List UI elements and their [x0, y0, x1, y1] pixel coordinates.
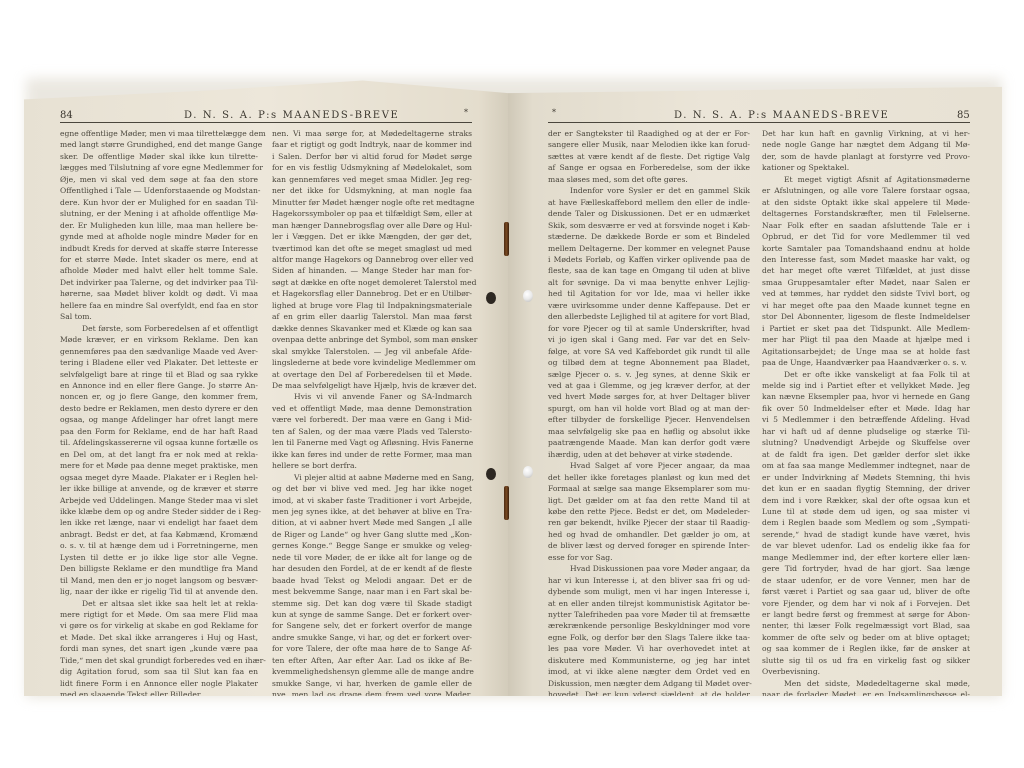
text-line: slutte sig til os ud fra en virkelig fas…: [762, 655, 970, 666]
text-line: vi 5 Medlemmer i den betræffende Afdelin…: [762, 414, 970, 425]
text-line: Diskussion, men nægter dem Adgang til Mø…: [548, 678, 750, 689]
text-line: i Salen. Derfor bør vi altid forud for M…: [272, 151, 472, 162]
text-line: tering i Bladene eller ved Plakater. Det…: [60, 357, 258, 368]
text-line: være uvirksomme under denne Kaffepause. …: [548, 300, 750, 311]
text-line: at de faldt fra igen. Det gælder derfor …: [762, 449, 970, 460]
text-column: nen. Vi maa sørge for, at Mødedeltagerne…: [272, 128, 472, 696]
text-line: vi gøre os for virkelig at skabe en god …: [60, 620, 258, 631]
text-line: hellere se bort derfra.: [272, 460, 472, 471]
text-line: ler ikke billige at anvende, og de kræve…: [60, 483, 258, 494]
text-line: dem ind i vore Rækker, skal der ofte ogs…: [762, 495, 970, 506]
text-line: der, som de havde planlagt at forstyrre …: [762, 151, 970, 162]
text-line: faar et rigtigt og godt Indtryk, naar de…: [272, 139, 472, 150]
text-line: der er Sangtekster til Raadighed og at d…: [548, 128, 750, 139]
text-line: sangere eller Musik, naar Melodien ikke …: [548, 139, 750, 150]
text-line: den Interesse fast, som Mødet maaske har…: [762, 254, 970, 265]
text-line: Det har kun haft en gavnlig Virkning, at…: [762, 128, 970, 139]
text-line: Det er altsaa slet ikke saa helt let at …: [60, 598, 258, 609]
text-line: slutning? Unødvendigt Arbejde og Skuffel…: [762, 437, 970, 448]
text-line: sker. De offentlige Møder skal ikke kun …: [60, 151, 258, 162]
text-line: hovedet. Det er kun yderst sjældent, at …: [548, 689, 750, 696]
text-line: imod, at vi skaber faste Traditioner i v…: [272, 495, 472, 506]
text-line: hed til Agitation for vor Ide, maa vi he…: [548, 288, 750, 299]
text-line: med langt større Grundighed, end det man…: [60, 139, 258, 150]
text-line: spurgt, om han vil holde vort Blad og at…: [548, 403, 750, 414]
text-line: serende,“ hvad de stadigt kunde have vær…: [762, 529, 970, 540]
text-line: Lysten til dette er jo ikke lige stor al…: [60, 552, 258, 563]
text-line: vi jo igen skal i Gang med. Før var det …: [548, 334, 750, 345]
text-line: følge, at vore SA ved Kaffebordet gik ru…: [548, 346, 750, 357]
text-line: for vore Talere, der ofte maa høre de to…: [272, 643, 472, 654]
text-line: dition, at vi aabner hvert Møde med Sang…: [272, 517, 472, 528]
text-line: fik over 50 Indmeldelser efter et Møde. …: [762, 403, 970, 414]
text-line: Hvad Salget af vore Pjecer angaar, da ma…: [548, 460, 750, 471]
text-line: fleste, saa de kan tage en Omgang til ud…: [548, 265, 750, 276]
text-line: maa selvfølgelig ske paa en høflig og ab…: [548, 426, 750, 437]
text-line: nenter, thi læser Folk regelmæssigt vort…: [762, 620, 970, 631]
text-line: kationer og Spektakel.: [762, 162, 970, 173]
text-line: ren gør bekendt, hvilke Pjecer der staar…: [548, 517, 750, 528]
text-line: nen. Vi maa sørge for, at Mødedeltagerne…: [272, 128, 472, 139]
text-line: kan gennemføres ved meget smaa Midler. J…: [272, 174, 472, 185]
text-line: dende Taler og Diskussionen. Det er en u…: [548, 208, 750, 219]
text-column: egne offentlige Møder, men vi maa tilret…: [60, 128, 258, 696]
text-line: melde sig ind i Partiet efter et vellykk…: [762, 380, 970, 391]
text-line: af Sange er ogsaa en Forberedelse, som d…: [548, 162, 750, 173]
text-line: ved et offentligt Møde, maa denne Demons…: [272, 403, 472, 414]
text-line: der. Er Muligheden kun lille, maa man he…: [60, 220, 258, 231]
text-line: vore Fjender, og dem har vi nok af i For…: [762, 598, 970, 609]
text-line: gynde med at afholde nogle mindre Møder …: [60, 231, 258, 242]
text-line: hørerne, saa Mødet bliver koldt og dødt.…: [60, 288, 258, 299]
text-line: Det indvirker paa Talerne, og det indvir…: [60, 277, 258, 288]
text-line: Arbejde ved Uddelingen. Mange Steder maa…: [60, 495, 258, 506]
text-line: paa de Unge, Haandværker paa Haandværker…: [762, 357, 970, 368]
text-line: den allerbedste Lejlighed til at agitere…: [548, 311, 750, 322]
text-line: stæderne. De dækkede Borde er som et Bin…: [548, 231, 750, 242]
text-line: paatrængende Maade. Man kan derfor godt …: [548, 437, 750, 448]
text-line: selvfølgeligt bare at ringe til et Blad …: [60, 369, 258, 380]
text-line: hellere faa en mindre Sal overfyldt, end…: [60, 300, 258, 311]
text-line: ogsaa, og mange Afdelinger har ofret lan…: [60, 414, 258, 425]
text-line: Indenfor vore Sysler er det en gammel Sk…: [548, 185, 750, 196]
text-line: lighed at bruge vore Flag til Indpakning…: [272, 300, 472, 311]
text-line: købe den rette Pjece. Bedst er det, om M…: [548, 506, 750, 517]
text-line: sælge Pjecer o. s. v. Jeg synes, at denn…: [548, 369, 750, 380]
text-line: len ikke ret længe, naar vi endeligt har…: [60, 517, 258, 528]
text-line: til Mand, men den er jo noget langsom og…: [60, 575, 258, 586]
text-line: et Møde. Det skal ikke arrangeres i Huj …: [60, 632, 258, 643]
header-rule: [60, 122, 472, 123]
text-line: om at faa saa mange Medlemmer indtegnet,…: [762, 460, 970, 471]
text-column: der er Sangtekster til Raadighed og at d…: [548, 128, 750, 696]
text-line: dig Agitation forud, som saa til Slut ka…: [60, 666, 258, 677]
header-mark: *: [552, 108, 558, 117]
text-line: sættes at være kendt af de fleste. Det r…: [548, 151, 750, 162]
text-line: de var blevet udenfor. Lad os endelig ik…: [762, 540, 970, 551]
text-line: dække dennes Skavanker med et Klæde og k…: [272, 323, 472, 334]
text-line: alt for søvnige. Da vi maa benytte enhve…: [548, 277, 750, 288]
text-line: Siden af hinanden. — Mange Steder har ma…: [272, 265, 472, 276]
text-line: nede nogle Gange har nægtet dem Adgang t…: [762, 139, 970, 150]
text-line: kun at synge de samme Sange. Det er fork…: [272, 609, 472, 620]
running-title: D. N. S. A. P:s MAANEDS-BREVE: [184, 110, 399, 121]
text-line: det har meget ofte været Tilfældet, at j…: [762, 265, 970, 276]
text-line: at en eller anden tilrejst kommunistisk …: [548, 598, 750, 609]
punch-hole: [523, 466, 533, 478]
text-line: er under Indvirkning af Mødets Stemning,…: [762, 472, 970, 483]
text-line: at overtage den Del af Forberedelsen til…: [272, 369, 472, 380]
text-line: Naar Folk efter en saadan afsluttende Ta…: [762, 220, 970, 231]
text-line: mest bekvemme Sange, naar man i en Fart …: [272, 586, 472, 597]
text-line: ikke kan føres ind under de rette Former…: [272, 449, 472, 460]
text-line: o. s. v. til at hænge dem ud i Forretnin…: [60, 540, 258, 551]
text-line: ten af Salen, og der maa være Plads ved …: [272, 426, 472, 437]
text-line: af en grim eller daarlig Talerstol. Man …: [272, 311, 472, 322]
right-page: * D. N. S. A. P:s MAANEDS-BREVE 85 der e…: [508, 68, 1002, 696]
text-line: de Riger og Lande“ og hver Gang slutte m…: [272, 529, 472, 540]
text-line: andre smukke Sange, vi har, og det er fo…: [272, 632, 472, 643]
text-line: Det første, som Forberedelsen af et offe…: [60, 323, 258, 334]
text-line: ærekrænkende personlige Beskyldninger mo…: [548, 620, 750, 631]
text-line: ihærdig, uden at det behøver at virke st…: [548, 449, 750, 460]
text-line: men jeg synes ikke, at det behøver at bl…: [272, 506, 472, 517]
text-line: ler i Væggen. Det er ikke Mængden, der g…: [272, 231, 472, 242]
punch-hole: [523, 290, 533, 302]
text-line: en Annonce ind en eller flere Gange. Jo …: [60, 380, 258, 391]
header-mark: *: [464, 108, 470, 117]
text-line: Minutter før Mødet hænger nogle ofte ret…: [272, 197, 472, 208]
text-line: ved at tømmes, har ryddet den sidste Tvi…: [762, 288, 970, 299]
text-line: ovenpaa dette anbringe det Symbol, som m…: [272, 334, 472, 345]
text-line: Hvis vi vil anvende Faner og SA-Indmarch: [272, 391, 472, 402]
text-line: esse for vor Sag.: [548, 552, 750, 563]
text-line: at have Fælleskaffebord mellem den eller…: [548, 197, 750, 208]
text-line: les paa vore Møder. Vi har overhovedet i…: [548, 643, 750, 654]
text-line: og saa kommer de i Reglen ikke, før de ø…: [762, 643, 970, 654]
text-line: for Sangene selv, det er forkert overfor…: [272, 620, 472, 631]
text-line: mellem Deltagerne. Der kommer en velegne…: [548, 243, 750, 254]
text-line: tværtimod kan det ofte se meget smagløst…: [272, 243, 472, 254]
text-line: Sal tom.: [60, 311, 258, 322]
text-line: noncen er, og jo flere Gange, den kommer…: [60, 391, 258, 402]
text-line: med en slaaende Tekst eller Billeder.: [60, 689, 258, 696]
text-line: egne offentlige Møder, men vi maa tilret…: [60, 128, 258, 139]
text-line: kan nævne Eksempler paa, hvor vi hernede…: [762, 391, 970, 402]
text-line: baade hvad Tekst og Melodi angaar. Det e…: [272, 575, 472, 586]
text-line: altfor mange Hagekors og Dannebrog over …: [272, 254, 472, 265]
text-line: naar de forlader Mødet, er en Indsamling…: [762, 689, 970, 696]
text-line: være vel forberedt. Der maa være en Gang…: [272, 414, 472, 425]
text-line: Møde kræver, er en virksom Reklame. Den …: [60, 334, 258, 345]
text-line: det heller ikke foretages planløst og ku…: [548, 472, 750, 483]
text-line: ner det ikke for Udsmykning, at man nogl…: [272, 185, 472, 196]
text-line: egne Folk, og derfor bør den Slags Taler…: [548, 632, 750, 643]
text-line: Tide,“ men det skal grundigt forberedes …: [60, 655, 258, 666]
text-line: indbudt Kreds for derved at skaffe størr…: [60, 243, 258, 254]
text-line: mange Medlemmer ind, der efter kortere e…: [762, 552, 970, 563]
header-rule: [548, 122, 970, 123]
text-line: Hvad Diskussionen paa vore Møder angaar,…: [548, 563, 750, 574]
text-line: Agitationsarbejdet; de Unge maa se at ho…: [762, 346, 970, 357]
text-line: stemme sig. Det kan dog være til Skade s…: [272, 598, 472, 609]
text-line: ten efter Aften, Aar efter Aar. Lad os i…: [272, 655, 472, 666]
text-line: og det bør vi blive ved med. Jeg har ikk…: [272, 483, 472, 494]
punch-hole: [486, 468, 496, 480]
staple: [504, 222, 509, 256]
text-line: mere rigtigt for et Møde. Om saa mere Fl…: [60, 609, 258, 620]
text-line: Opbrud, er det Tid for vore Medlemmer ti…: [762, 231, 970, 242]
text-line: er langt bedre først og fremmest at sørg…: [762, 609, 970, 620]
text-line: kommer de ofte selv og beder om at blive…: [762, 632, 970, 643]
text-line: har desuden den Fordel, at de er kendt a…: [272, 563, 472, 574]
text-line: søgt at dække en ofte noget demoleret Ta…: [272, 277, 472, 288]
text-line: dybende som muligt, men vi har ingen Int…: [548, 586, 750, 597]
text-line: anbragt. Bedst er det, at faa Købmænd, K…: [60, 529, 258, 540]
text-line: lingslederne at bede vore kvindelige Med…: [272, 357, 472, 368]
text-line: lig, naar der ikke er rigelig Tid til at…: [60, 586, 258, 597]
text-line: fordi man synes, det snart igen „kunde v…: [60, 643, 258, 654]
text-line: gere Tid fortryder, hvad de har gjort. S…: [762, 563, 970, 574]
text-line: en Del om, at det langt fra er nok med a…: [60, 449, 258, 460]
text-line: i Mødets Forløb, og Kaffen virker oplive…: [548, 254, 750, 265]
text-line: mer har Pligt til paa den Maade at hjælp…: [762, 334, 970, 345]
text-line: imod, at vi ikke alene nægter dem Ordet …: [548, 666, 750, 677]
text-line: mere for et Møde paa denne meget praktis…: [60, 460, 258, 471]
text-line: er Afslutningen, og alle vore Talere for…: [762, 185, 970, 196]
text-line: de bliver læst og derved forøger en spir…: [548, 540, 750, 551]
text-line: først været i Partiet og saa gaar ud, bl…: [762, 586, 970, 597]
text-line: nede til vore Møder, de er ikke alt for …: [272, 552, 472, 563]
text-line: lægges med Tilslutning af vore egne Medl…: [60, 162, 258, 173]
text-line: slutning, er der Mening i at afholde off…: [60, 208, 258, 219]
text-line: len til Fanerne med Vagt og Afløsning. H…: [272, 437, 472, 448]
text-line: for et større Møde. Intet skader os mere…: [60, 254, 258, 265]
text-line: Et meget vigtigt Afsnit af Agitationsmød…: [762, 174, 970, 185]
text-line: afholde Møder med halvt eller helt tomme…: [60, 265, 258, 276]
booklet-spread: 84 D. N. S. A. P:s MAANEDS-BREVE * egne …: [0, 0, 1024, 768]
text-line: til. Afdelingskassererne vil ogsaa kunne…: [60, 437, 258, 448]
text-line: nye, men lad os drage dem frem ved vore …: [272, 689, 472, 696]
text-line: har vi kun Interesse i, at den bliver sa…: [548, 575, 750, 586]
text-line: smaa Gruppesamtaler efter Mødet, naar Sa…: [762, 277, 970, 288]
text-line: ikke klæbe dem op og andre Steder sidder…: [60, 506, 258, 517]
text-line: ogsaa meget dyre Maade. Plakater er i Re…: [60, 472, 258, 483]
text-line: et Hagekorsflag eller Dannebrog. Det er …: [272, 288, 472, 299]
page-number: 84: [60, 110, 73, 121]
text-line: maa sløses med, som det ofte gøres.: [548, 174, 750, 185]
text-line: korte Samtaler paa Tomandshaand endnu at…: [762, 243, 970, 254]
text-line: har vi haft ud af denne pludselige og st…: [762, 426, 970, 437]
text-line: paa den Form for Reklame, end de har haf…: [60, 426, 258, 437]
text-line: de staar udenfor, er de vore Venner, men…: [762, 575, 970, 586]
punch-hole: [486, 292, 496, 304]
text-line: Lune til at støde dem ud igen, og saa mi…: [762, 506, 970, 517]
text-line: ligt. Det gælder om at faa den rette Man…: [548, 495, 750, 506]
text-line: Formaal at sælge saa mange Eksemplarer s…: [548, 483, 750, 494]
text-line: diskutere med Kommunisterne, og jeg har …: [548, 655, 750, 666]
text-line: dem i Reglen baade som Medlem og som „Sy…: [762, 517, 970, 528]
text-line: Øje, men vi skal ved dem søge at faa den…: [60, 174, 258, 185]
text-line: ved hvert Møde sørges for, at hver Delta…: [548, 391, 750, 402]
text-line: for vore Pjecer og til at samle Underskr…: [548, 323, 750, 334]
text-line: gernes Konge.“ Begge Sange er smukke og …: [272, 540, 472, 551]
text-line: i Partiet er sket paa det Tidspunkt. All…: [762, 323, 970, 334]
text-line: Den billigste Reklame er den mundtlige f…: [60, 563, 258, 574]
text-line: det kun er en saadan flygtig Stemning, d…: [762, 483, 970, 494]
text-line: De maa selvfølgeligt have Hjælp, hvis de…: [272, 380, 472, 391]
text-line: smukke Sange, vi har, hverken de gamle e…: [272, 678, 472, 689]
running-title: D. N. S. A. P:s MAANEDS-BREVE: [674, 110, 889, 121]
text-line: hed og hvad de omhandler. Det gælder jo …: [548, 529, 750, 540]
text-line: Vi plejer altid at aabne Møderne med en …: [272, 472, 472, 483]
text-line: man hænger Dannebrogsflag over alle Døre…: [272, 220, 472, 231]
text-line: Hagekorssymboler op paa et tilfældigt Sø…: [272, 208, 472, 219]
text-line: at den sidste Optakt ikke skal appelere …: [762, 197, 970, 208]
text-line: Overbevisning.: [762, 666, 970, 677]
text-line: stor Del Abonnenter, ligesom de fleste I…: [762, 311, 970, 322]
text-column: Det har kun haft en gavnlig Virkning, at…: [762, 128, 970, 696]
text-line: efter tilbyder de forskellige Pjecer. He…: [548, 414, 750, 425]
staple: [504, 486, 509, 520]
text-line: lidt finere Form i en Annonce eller nogl…: [60, 678, 258, 689]
text-line: deltagernes Forstandskræfter, men til Fø…: [762, 208, 970, 219]
text-line: gennemføres paa den sædvanlige Maade ved…: [60, 346, 258, 357]
text-line: Men det sidste, Mødedeltagerne skal møde…: [762, 678, 970, 689]
text-line: Det er ofte ikke vanskeligt at faa Folk …: [762, 369, 970, 380]
left-page: 84 D. N. S. A. P:s MAANEDS-BREVE * egne …: [24, 68, 508, 696]
text-line: og tilbød dem at tegne Abonnement paa Bl…: [548, 357, 750, 368]
text-line: kvemmelighedshensyn glemme alle de mange…: [272, 666, 472, 677]
text-line: Offentlighed i Tale — Udenforstaaende og…: [60, 185, 258, 196]
text-line: nytter Talefriheden paa vore Møder til a…: [548, 609, 750, 620]
text-line: Skik, som desværre er ved at forsvinde n…: [548, 220, 750, 231]
text-line: for en vis festlig Udsmykning af Mødelok…: [272, 162, 472, 173]
text-line: skal smykke Talerstolen. — Jeg vil anbef…: [272, 346, 472, 357]
text-line: vi har meget ofte paa den Maade kunnet t…: [762, 300, 970, 311]
text-line: dere. Kun hvor der er Mulighed for en sa…: [60, 197, 258, 208]
page-number: 85: [957, 110, 970, 121]
text-line: ved at gaa i Glemme, og jeg kræver derfo…: [548, 380, 750, 391]
text-line: desto bedre er Reklamen, men desto dyrer…: [60, 403, 258, 414]
